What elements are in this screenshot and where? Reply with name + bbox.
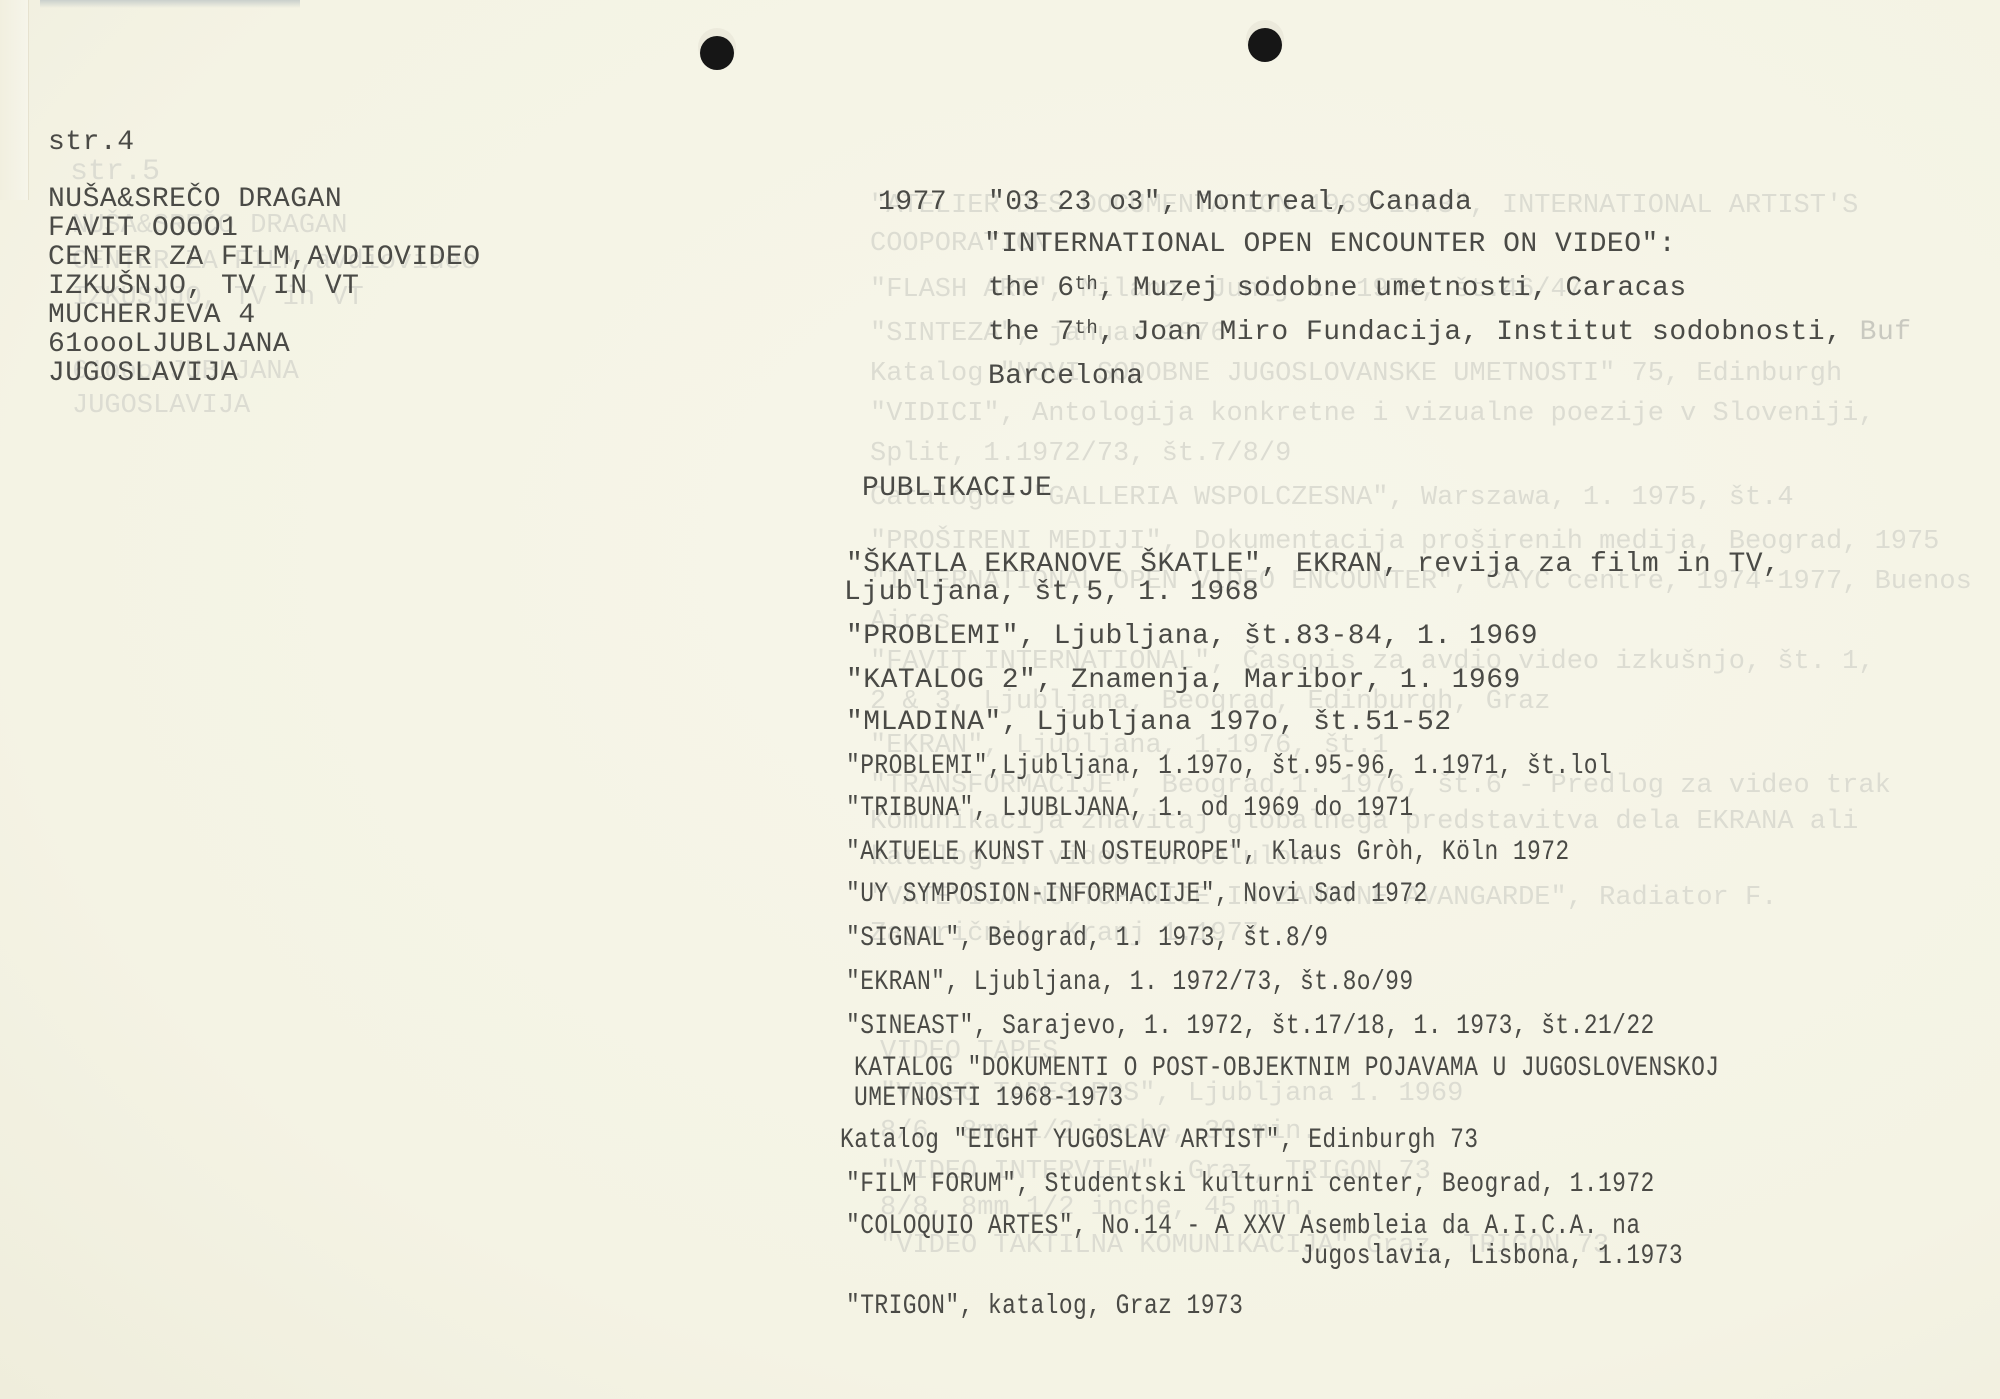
ghost-line: Split, 1.1972/73, št.7/8/9 [870, 432, 1291, 476]
top-edge-shadow [40, 0, 300, 8]
exhibition-line: the 6th, Muzej sodobne umetnosti, Caraca… [988, 272, 1687, 307]
ordinal-suffix: th [1075, 317, 1099, 339]
publication-item: "UY SYMPOSION-INFORMACIJE", Novi Sad 197… [846, 878, 1428, 912]
exhibition-line: "03 23 o3", Montreal, Canada [988, 186, 1472, 220]
exhibition-year: 1977 [878, 186, 947, 220]
publication-item: "FILM FORUM", Studentski kulturni center… [846, 1168, 1655, 1202]
publication-item-continued: Ljubljana, št,5, 1. 1968 [844, 576, 1259, 610]
punch-hole-icon-right [1248, 28, 1282, 62]
faint-text: Buf [1860, 317, 1912, 348]
publication-item-continued: Jugoslavia, Lisbona, 1.1973 [1300, 1240, 1683, 1274]
exhibition-title: "INTERNATIONAL OPEN ENCOUNTER ON VIDEO": [984, 228, 1676, 262]
left-paper-fold [0, 0, 29, 200]
venue-prefix: the 7 [988, 317, 1075, 348]
publication-item: "AKTUELE KUNST IN OSTEUROPE", Klaus Gròh… [846, 836, 1570, 870]
sender-line: JUGOSLAVIJA [48, 357, 238, 391]
publication-item-continued: UMETNOSTI 1968-1973 [854, 1082, 1124, 1116]
punch-hole-icon-left [700, 36, 734, 70]
publication-item: "SINEAST", Sarajevo, 1. 1972, št.17/18, … [846, 1010, 1655, 1044]
section-heading: PUBLIKACIJE [862, 472, 1052, 506]
publication-item: KATALOG "DOKUMENTI O POST-OBJEKTNIM POJA… [854, 1052, 1719, 1086]
exhibition-line: Barcelona [988, 360, 1144, 394]
exhibition-line: the 7th, Joan Miro Fundacija, Institut s… [988, 316, 1912, 351]
publication-item: "EKRAN", Ljubljana, 1. 1972/73, št.8o/99 [846, 966, 1414, 1000]
publication-item: "PROBLEMI", Ljubljana, št.83-84, 1. 1969 [846, 620, 1538, 654]
publication-item: "TRIGON", katalog, Graz 1973 [846, 1290, 1243, 1324]
venue-text: , Joan Miro Fundacija, Institut sodobnos… [1098, 317, 1842, 348]
ghost-line: "VIDICI", Antologija konkretne i vizualn… [870, 392, 1875, 436]
publication-item: "COLOQUIO ARTES", No.14 - A XXV Asemblei… [846, 1210, 1641, 1244]
publication-item: "KATALOG 2", Znamenja, Maribor, 1. 1969 [846, 664, 1521, 698]
venue-prefix: the 6 [988, 273, 1075, 304]
venue-text: , Muzej sodobne umetnosti, Caracas [1098, 273, 1686, 304]
publication-item: "PROBLEMI",Ljubljana, 1.197o, št.95-96, … [846, 750, 1612, 784]
ordinal-suffix: th [1075, 273, 1099, 295]
publication-item: "TRIBUNA", LJUBLJANA, 1. od 1969 do 1971 [846, 792, 1414, 826]
publication-item: "MLADINA", Ljubljana 197o, št.51-52 [846, 706, 1452, 740]
scanned-page: str.5 NUŠA&SREČO DRAGAN CENTER ZA FILM,a… [0, 0, 2000, 1399]
page-number: str.4 [48, 126, 135, 160]
publication-item: Katalog "EIGHT YUGOSLAV ARTIST", Edinbur… [840, 1124, 1478, 1158]
publication-item: "SIGNAL", Beograd, 1. 1973, št.8/9 [846, 922, 1328, 956]
